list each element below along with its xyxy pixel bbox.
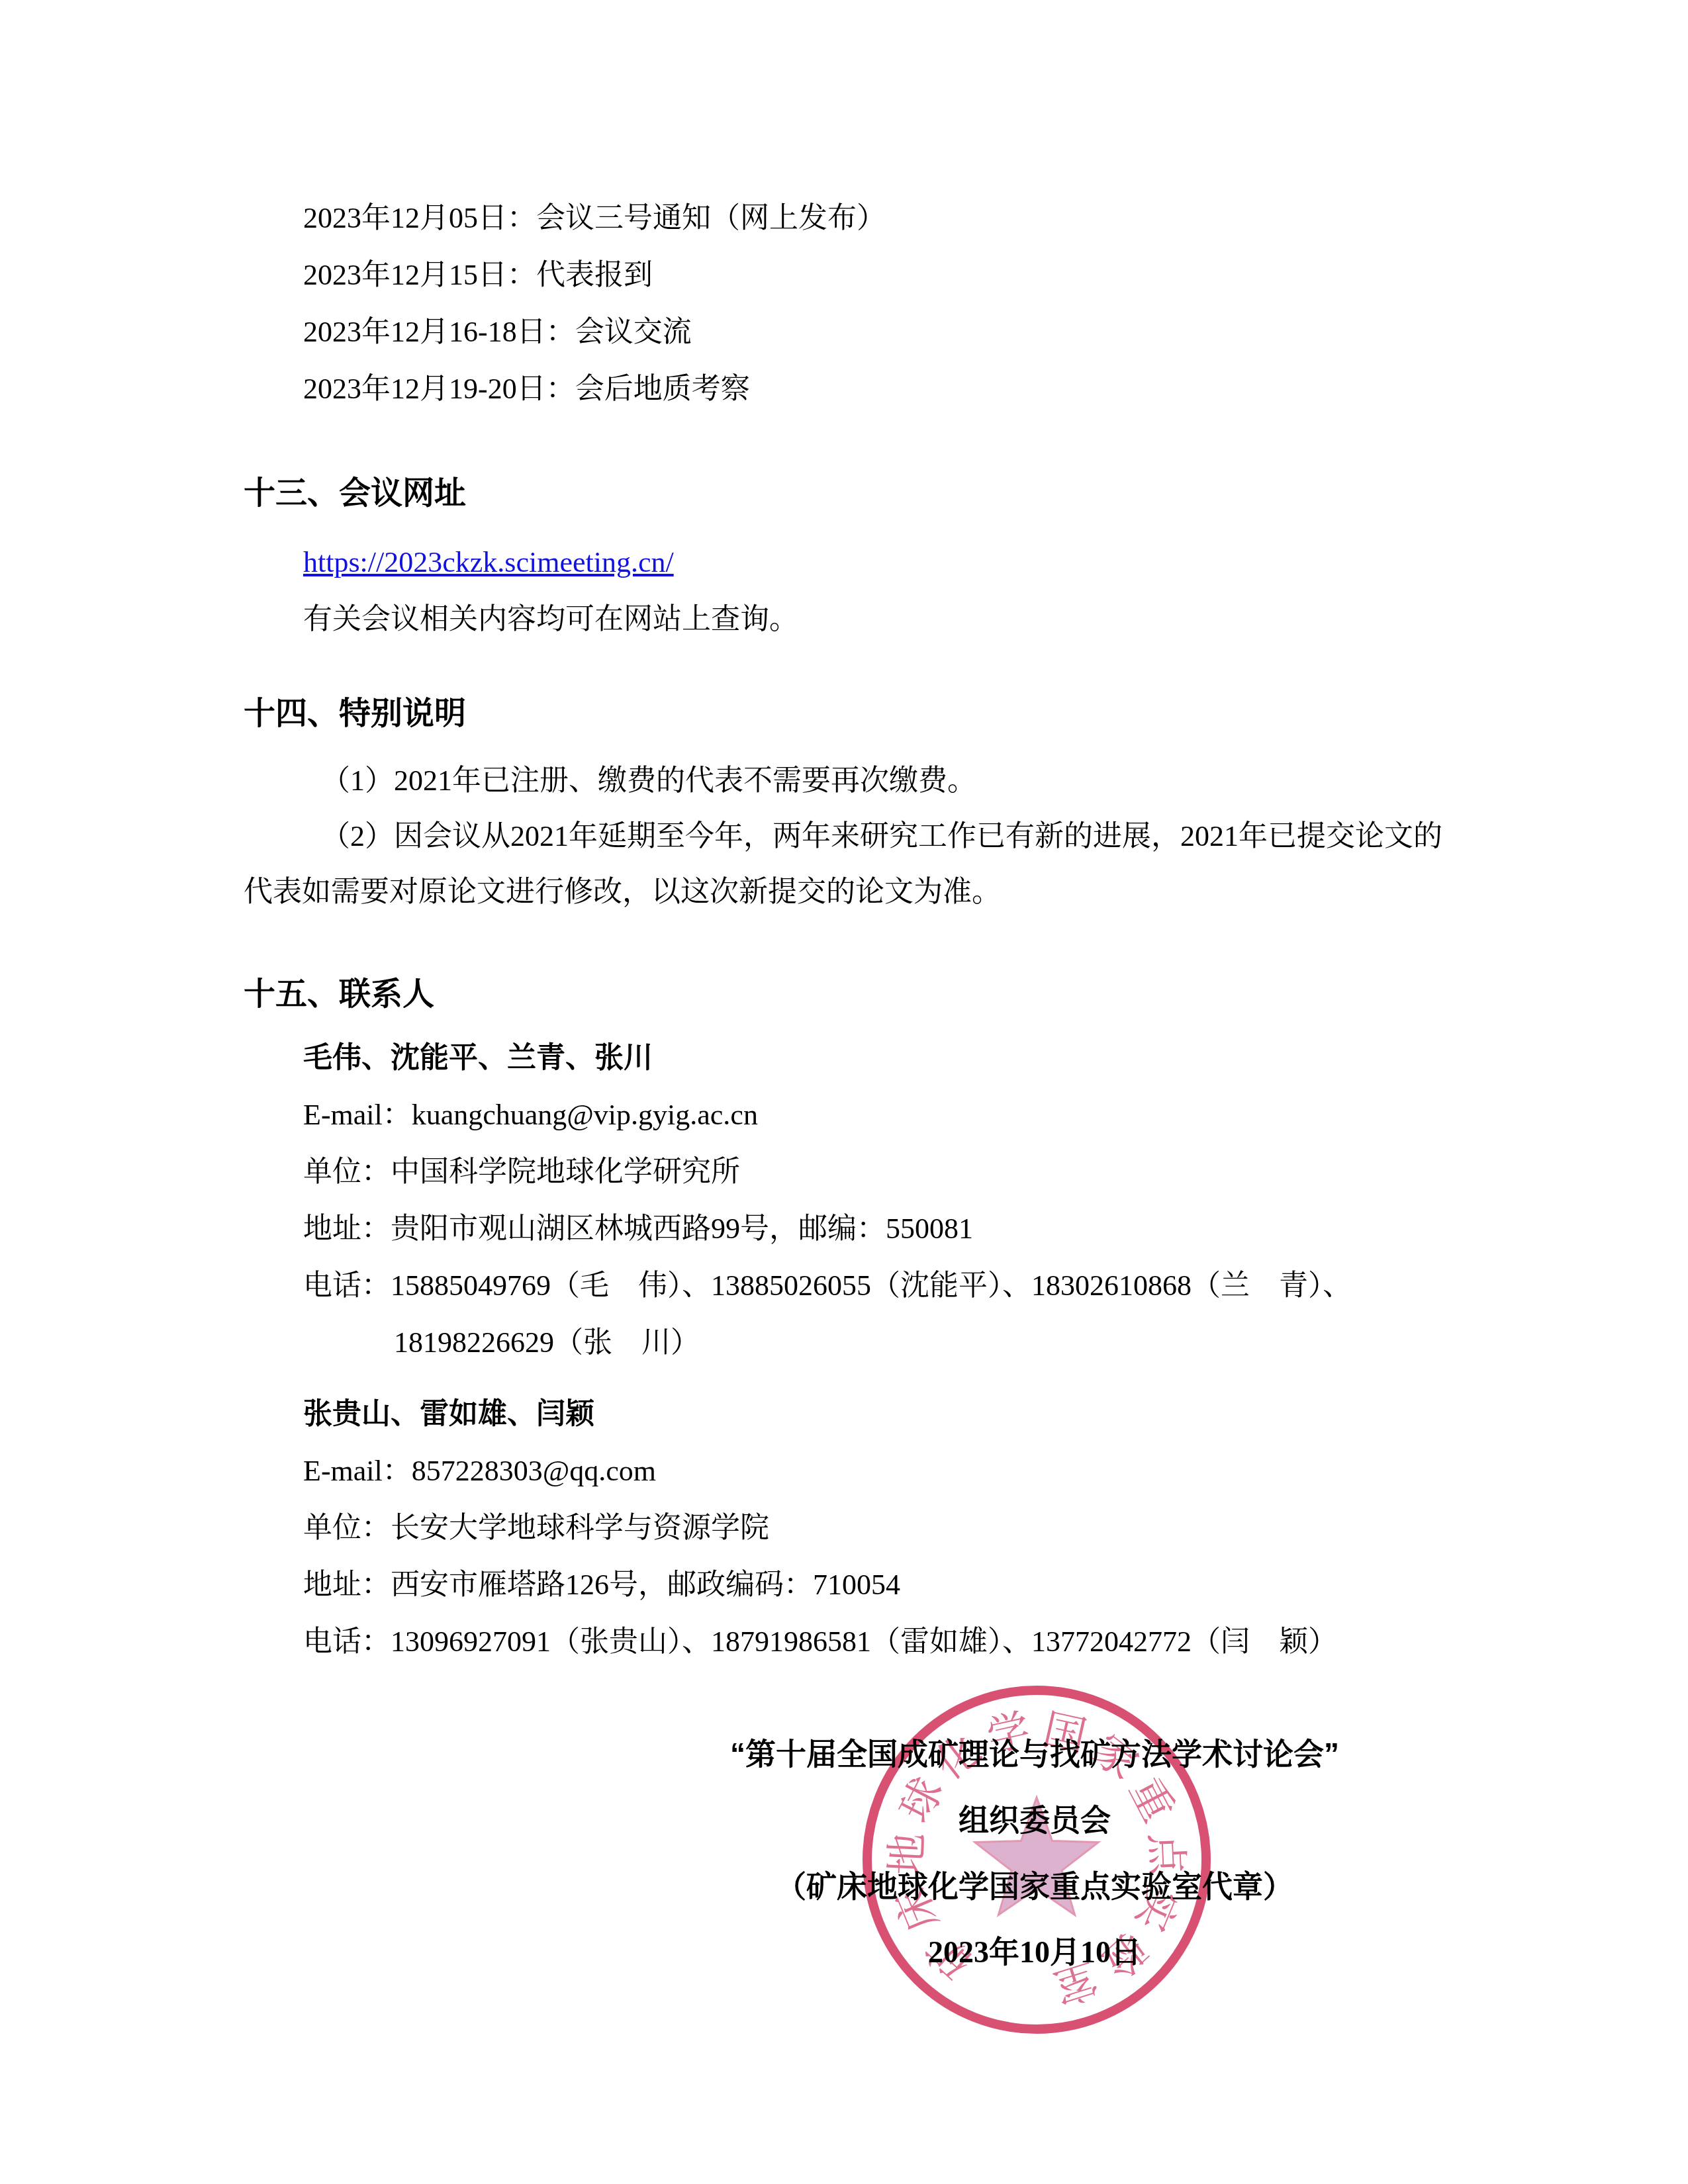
- signature-conference-name: “第十届全国成矿理论与找矿方法学术讨论会”: [634, 1721, 1435, 1787]
- section-15-heading: 十五、联系人: [244, 965, 1450, 1024]
- conference-url-line: https://2023ckzk.scimeeting.cn/: [244, 534, 1450, 591]
- contact-1-phone-line-2: 18198226629（张 川）: [244, 1314, 1450, 1371]
- contact-2-address: 地址：西安市雁塔路126号，邮政编码：710054: [244, 1557, 1450, 1614]
- website-note: 有关会议相关内容均可在网站上查询。: [244, 591, 1450, 648]
- signature-block: “第十届全国成矿理论与找矿方法学术讨论会” 组织委员会 （矿床地球化学国家重点实…: [634, 1721, 1435, 1985]
- conference-url-link[interactable]: https://2023ckzk.scimeeting.cn/: [303, 546, 674, 578]
- section-13-heading: 十三、会议网址: [244, 464, 1450, 523]
- schedule-line-3: 2023年12月16-18日：会议交流: [244, 304, 1450, 361]
- signature-seal-note: （矿床地球化学国家重点实验室代章）: [634, 1853, 1435, 1919]
- contact-1-address: 地址：贵阳市观山湖区林城西路99号，邮编：550081: [244, 1201, 1450, 1257]
- schedule-line-1: 2023年12月05日：会议三号通知（网上发布）: [244, 190, 1450, 247]
- document-page: 矿床地球化学国家重点实验室 2023年12月05日：会议三号通知（网上发布） 2…: [0, 0, 1688, 2184]
- contact-2-phone: 电话：13096927091（张贵山）、18791986581（雷如雄）、137…: [244, 1614, 1450, 1670]
- document-content: 2023年12月05日：会议三号通知（网上发布） 2023年12月15日：代表报…: [244, 0, 1450, 1985]
- section-14-heading: 十四、特别说明: [244, 684, 1450, 744]
- special-note-item-1: （1）2021年已注册、缴费的代表不需要再次缴费。: [244, 753, 1450, 809]
- contact-1-email: E-mail：kuangchuang@vip.gyig.ac.cn: [244, 1087, 1450, 1144]
- contact-group-2-names: 张贵山、雷如雄、闫颖: [244, 1386, 1450, 1443]
- special-note-item-2: （2）因会议从2021年延期至今年，两年来研究工作已有新的进展，2021年已提交…: [244, 809, 1450, 920]
- signature-committee: 组织委员会: [634, 1787, 1435, 1853]
- contact-1-organization: 单位：中国科学院地球化学研究所: [244, 1144, 1450, 1201]
- schedule-list: 2023年12月05日：会议三号通知（网上发布） 2023年12月15日：代表报…: [244, 190, 1450, 418]
- contact-2-email: E-mail：857228303@qq.com: [244, 1443, 1450, 1500]
- contact-2-organization: 单位：长安大学地球科学与资源学院: [244, 1500, 1450, 1557]
- signature-date: 2023年10月10日: [634, 1919, 1435, 1985]
- contact-1-phone-line-1: 电话：15885049769（毛 伟）、13885026055（沈能平）、183…: [244, 1257, 1450, 1314]
- contact-group-1-names: 毛伟、沈能平、兰青、张川: [244, 1030, 1450, 1087]
- schedule-line-2: 2023年12月15日：代表报到: [244, 247, 1450, 304]
- schedule-line-4: 2023年12月19-20日：会后地质考察: [244, 361, 1450, 418]
